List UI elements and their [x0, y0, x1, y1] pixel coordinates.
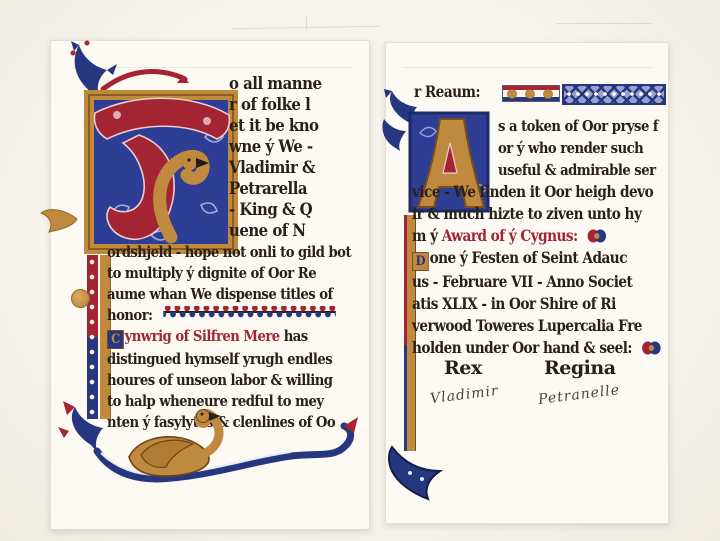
wing-flourish-ornament — [382, 443, 452, 501]
text-line: aume whan We dispense titles of — [107, 284, 351, 305]
text-line-award: m ý Award of ý Cygnus: — [412, 225, 662, 247]
manuscript-photo: o all manne r of folke l et it be kno wn… — [0, 0, 720, 541]
decorated-initial-D: D — [412, 252, 429, 271]
text-line-seal: holden under Oor hand & seel: — [412, 337, 662, 359]
text-line: houres of unseon labor & willing — [107, 370, 351, 391]
vine-pattern — [404, 345, 407, 451]
regina-signature: Petranelle — [537, 382, 621, 408]
text-line: Vladimir & — [229, 158, 321, 179]
illuminated-initial-T — [81, 85, 241, 257]
pencil-ruling — [402, 67, 652, 68]
award-name: Award of ý Cygnus: — [442, 226, 578, 245]
text-line: to multiply ý dignite of Oor Re — [107, 263, 351, 284]
scroll-page-left: o all manne r of folke l et it be kno wn… — [50, 40, 370, 530]
text-line-honor: honor: — [107, 305, 351, 326]
text-line: useful & admirable ser — [498, 159, 658, 181]
gold-ball-ornament — [71, 289, 90, 308]
award-prefix: m ý — [412, 226, 442, 245]
text-line: Petrarella — [229, 179, 321, 200]
rex-signature: Vladimir — [429, 383, 499, 407]
tricolor-bar-filler — [502, 85, 560, 102]
text-line: o all manne — [229, 74, 321, 95]
text-column-narrow: o all manne r of folke l et it be kno wn… — [229, 74, 334, 242]
text-column-narrow: s a token of Oor pryse f or ý who render… — [498, 115, 680, 181]
gold-leaf-ornament — [39, 207, 79, 233]
text-line: et it be kno — [229, 116, 321, 137]
decorated-initial-C: C — [107, 330, 124, 349]
text-line-name: Cynwrig of Silfren Mere has — [107, 326, 351, 349]
text-column-full: vice - We finden it Oor heigh devo ir & … — [412, 181, 696, 359]
text-line: us - Februare VII - Anno Societ — [412, 271, 662, 293]
text-line: uene of N — [229, 221, 321, 242]
text-line: atis XLIX - in Oor Shire of Ri — [412, 293, 662, 315]
pencil-guide-line — [556, 23, 652, 24]
recipient-name: ynwrig of Silfren Mere — [125, 327, 280, 345]
honor-word: honor: — [107, 306, 152, 324]
scroll-page-right: r Reaum: s a token of Oor p — [385, 42, 669, 524]
knot-ornament — [641, 340, 662, 356]
text-line: - King & Q — [229, 200, 321, 221]
vine-dots — [87, 255, 98, 419]
lattice-bar-filler — [562, 84, 666, 105]
regina-label: Regina — [544, 357, 616, 379]
scallop-line-filler — [164, 306, 336, 318]
text-line: verwood Toweres Lupercalia Fre — [412, 315, 662, 337]
text-line: vice - We finden it Oor heigh devo — [412, 181, 662, 203]
seal-line: holden under Oor hand & seel: — [412, 338, 632, 357]
text-line: r of folke l — [229, 95, 321, 116]
rex-label: Rex — [444, 357, 482, 379]
knot-ornament — [586, 228, 607, 244]
text-line: distingued hymself yrugh endles — [107, 349, 351, 370]
text-line: s a token of Oor pryse f — [498, 115, 658, 137]
swan-on-water-illustration — [57, 399, 361, 507]
name-tail: has — [280, 327, 308, 345]
pencil-guide-tick — [306, 17, 307, 30]
text-line: wne ý We - — [229, 137, 321, 158]
text-line-date: Done ý Festen of Seint Adauc — [412, 247, 662, 271]
date-first: one ý Festen of Seint Adauc — [430, 248, 627, 267]
text-line: ir & much hizte to ziven unto hy — [412, 203, 662, 225]
text-line: ordshjeld - hope not onli to gild bot — [107, 242, 351, 263]
text-line: or ý who render such — [498, 137, 658, 159]
